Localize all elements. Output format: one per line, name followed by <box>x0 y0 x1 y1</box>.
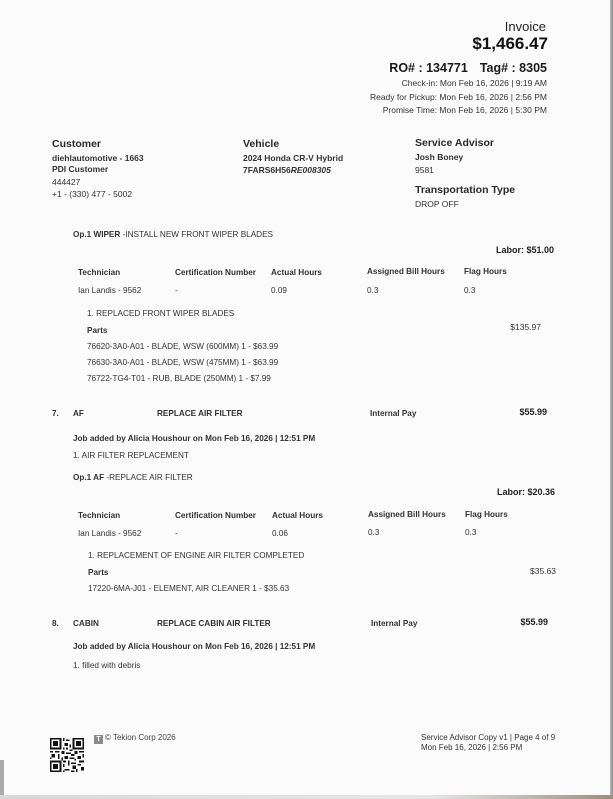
col-actual-hours: Actual Hours <box>271 268 322 277</box>
customer-name: diehlautomotive - 1663 <box>52 153 144 163</box>
job7-op-line: Op.1 AF -REPLACE AIR FILTER <box>73 473 193 482</box>
parts-total: $35.63 <box>530 566 556 576</box>
actual-hours: 0.09 <box>271 286 287 295</box>
job-added-by: Job added by Alicia Houshour on Mon Feb … <box>73 642 315 651</box>
labor-amount: Labor: $51.00 <box>496 245 554 255</box>
customer-phone: +1 - (330) 477 - 5002 <box>52 189 132 199</box>
flag-hours: 0.3 <box>465 528 476 537</box>
certification-number: - <box>175 286 178 295</box>
part-line: 76722-TG4-T01 - RUB, BLADE (250MM) 1 - $… <box>87 374 271 383</box>
copyright-line: T© Tekion Corp 2026 <box>94 733 176 744</box>
qr-code-icon <box>50 738 84 772</box>
job-number: 8. <box>52 619 59 628</box>
op-code: Op.1 WIPER <box>73 230 120 239</box>
actual-hours: 0.06 <box>272 529 288 538</box>
col-actual-hours: Actual Hours <box>272 511 323 520</box>
job-added-by: Job added by Alicia Houshour on Mon Feb … <box>73 434 315 443</box>
customer-id: 444427 <box>52 177 80 187</box>
service-advisor-heading: Service Advisor <box>415 137 494 149</box>
parts-label: Parts <box>88 568 108 577</box>
concern-text: 1. AIR FILTER REPLACEMENT <box>73 451 189 460</box>
scan-edge <box>0 795 613 799</box>
col-assigned-bill-hours: Assigned Bill Hours <box>368 510 446 519</box>
promise-time: Promise Time: Mon Feb 16, 2026 | 5:30 PM <box>383 105 547 115</box>
correction-text: 1. REPLACED FRONT WIPER BLADES <box>87 309 234 318</box>
flag-hours: 0.3 <box>464 286 475 295</box>
job-code: CABIN <box>73 619 99 628</box>
check-in-time: Check-in: Mon Feb 16, 2026 | 9:19 AM <box>402 78 547 88</box>
op-description: -REPLACE AIR FILTER <box>106 473 192 482</box>
col-assigned-bill-hours: Assigned Bill Hours <box>367 267 445 276</box>
transportation-heading: Transportation Type <box>415 184 515 196</box>
assigned-bill-hours: 0.3 <box>368 528 379 537</box>
vin-suffix: RE008305 <box>291 165 331 175</box>
service-advisor-id: 9581 <box>415 165 434 175</box>
invoice-total: $1,466.47 <box>472 34 548 54</box>
job-code: AF <box>73 409 84 418</box>
labor-amount: Labor: $20.36 <box>497 487 555 497</box>
copyright-text: © Tekion Corp 2026 <box>105 733 176 742</box>
ro-number: RO# : 134771 <box>389 61 468 75</box>
customer-type: PDI Customer <box>52 164 108 174</box>
wiper-op-line: Op.1 WIPER -INSTALL NEW FRONT WIPER BLAD… <box>73 230 273 239</box>
part-line: 17220-6MA-J01 - ELEMENT, AIR CLEANER 1 -… <box>88 584 289 593</box>
col-flag-hours: Flag Hours <box>465 510 508 519</box>
ready-for-pickup-time: Ready for Pickup: Mon Feb 16, 2026 | 2:5… <box>370 92 547 102</box>
job-price: $55.99 <box>520 617 548 627</box>
assigned-bill-hours: 0.3 <box>367 286 378 295</box>
parts-total: $135.97 <box>510 322 541 332</box>
part-line: 76630-3A0-A01 - BLADE, WSW (475MM) 1 - $… <box>87 358 278 367</box>
job-price: $55.99 <box>519 407 547 417</box>
tag-number: Tag# : 8305 <box>480 61 547 75</box>
transportation-value: DROP OFF <box>415 199 459 209</box>
job-number: 7. <box>52 409 59 418</box>
pay-type: Internal Pay <box>370 409 416 418</box>
document-type: Invoice <box>505 19 546 34</box>
job-title: REPLACE AIR FILTER <box>157 409 243 418</box>
service-advisor-name: Josh Boney <box>415 152 463 162</box>
parts-label: Parts <box>87 326 107 335</box>
concern-text: 1. filled with debris <box>73 661 140 670</box>
vehicle-description: 2024 Honda CR-V Hybrid <box>243 153 343 163</box>
customer-heading: Customer <box>52 138 101 150</box>
vehicle-vin: 7FARS6H56RE008305 <box>243 165 331 175</box>
col-flag-hours: Flag Hours <box>464 267 507 276</box>
correction-text: 1. REPLACEMENT OF ENGINE AIR FILTER COMP… <box>88 551 304 560</box>
scan-edge <box>0 760 4 799</box>
pay-type: Internal Pay <box>371 619 417 628</box>
vehicle-heading: Vehicle <box>243 138 279 150</box>
ro-tag-line: RO# : 134771Tag# : 8305 <box>389 61 547 75</box>
vin-prefix: 7FARS6H56 <box>243 165 291 175</box>
technician-name: Ian Landis - 9562 <box>78 286 141 295</box>
op-description: -INSTALL NEW FRONT WIPER BLADES <box>123 230 273 239</box>
col-certification: Certification Number <box>175 511 256 520</box>
printed-timestamp: Mon Feb 16, 2026 | 2:56 PM <box>421 743 522 752</box>
copy-page-info: Service Advisor Copy v1 | Page 4 of 9 <box>421 733 555 742</box>
tekion-logo-icon: T <box>94 735 103 744</box>
technician-name: Ian Landis - 9562 <box>78 529 141 538</box>
op-code: Op.1 AF <box>73 473 104 482</box>
col-technician: Technician <box>78 268 120 277</box>
part-line: 76620-3A0-A01 - BLADE, WSW (600MM) 1 - $… <box>87 342 278 351</box>
col-technician: Technician <box>78 511 120 520</box>
job-title: REPLACE CABIN AIR FILTER <box>157 619 271 628</box>
certification-number: - <box>175 529 178 538</box>
col-certification: Certification Number <box>175 268 256 277</box>
